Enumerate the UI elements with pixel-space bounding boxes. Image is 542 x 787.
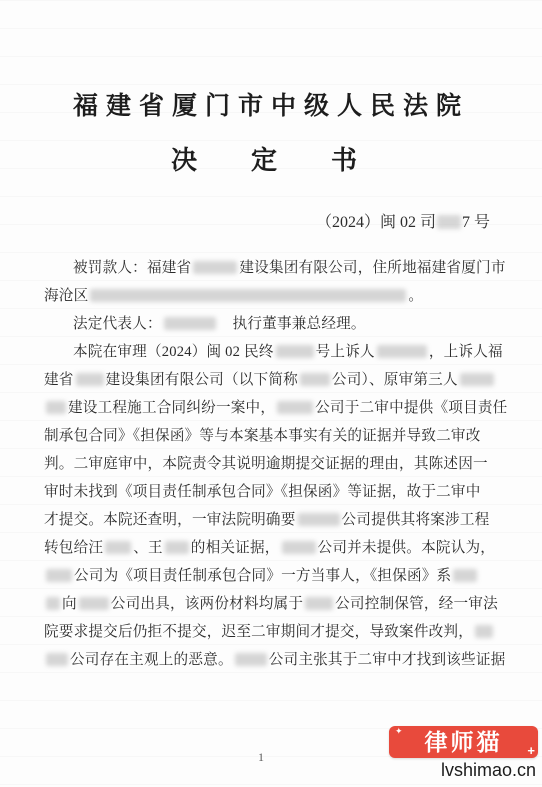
- case-number-prefix: （2024）闽 02 司: [316, 214, 436, 231]
- redaction-blur: [475, 625, 493, 638]
- body-text: 转包给汪: [44, 540, 103, 556]
- body-text: 执行董事兼总经理。: [218, 316, 366, 332]
- redaction-blur: [46, 401, 66, 414]
- body-text: 公司控制保管，经一审法: [335, 596, 498, 612]
- body-line: 制承包合同》《担保函》等与本案基本事实有关的证据并导致二审改: [44, 422, 496, 450]
- body-text: 建省: [44, 372, 74, 388]
- watermark-badge-text: 律师猫: [425, 726, 503, 758]
- body-line: 公司为《项目责任制承包合同》一方当事人，《担保函》系: [44, 562, 496, 590]
- body-text: 海沧区: [44, 288, 88, 304]
- body-line: 判。二审庭审中，本院责令其说明逾期提交证据的理由，其陈述因一: [44, 450, 496, 478]
- body-text: 公司于二审中提供《项目责任: [315, 400, 507, 416]
- redaction-blur: [235, 653, 267, 666]
- body-text: 被罚款人：福建省: [73, 260, 191, 276]
- body-text: 判。二审庭审中，本院责令其说明逾期提交证据的理由，其陈述因一: [44, 456, 488, 472]
- body-text: 本院在审理（2024）闽 02 民终: [73, 344, 274, 360]
- body-text: 审时未找到《项目责任制承包合同》《担保函》等证据，故于二审中: [44, 484, 481, 500]
- plus-icon: +: [527, 744, 535, 757]
- watermark-badge: ✦ 律师猫 +: [389, 726, 538, 758]
- sparkle-icon: ✦: [395, 728, 403, 737]
- body-text: 制承包合同》《担保函》等与本案基本事实有关的证据并导致二审改: [44, 428, 481, 444]
- body-text: 建设集团有限公司（以下简称: [106, 372, 298, 388]
- scanned-court-document-page: 福建省厦门市中级人民法院 决 定 书 （2024）闽 02 司7 号 被罚款人：…: [0, 0, 542, 787]
- document-body: 被罚款人：福建省建设集团有限公司，住所地福建省厦门市海沧区。法定代表人： 执行董…: [44, 254, 496, 674]
- body-text: ，上诉人福: [429, 344, 503, 360]
- body-line: 院要求提交后仍拒不提交，迟至二审期间才提交，导致案件改判，: [44, 618, 496, 646]
- case-number-suffix: 7 号: [462, 214, 490, 231]
- redaction-blur: [164, 317, 216, 330]
- watermark-site-url: lvshimao.cn: [389, 759, 538, 781]
- body-text: 向: [62, 596, 77, 612]
- case-number-redaction-blur: [437, 215, 461, 229]
- body-text: 的相关证据，: [191, 540, 280, 556]
- redaction-blur: [460, 373, 494, 386]
- redaction-blur: [90, 289, 406, 302]
- body-line: 审时未找到《项目责任制承包合同》《担保函》等证据，故于二审中: [44, 478, 496, 506]
- redaction-blur: [298, 513, 340, 526]
- redaction-blur: [305, 597, 333, 610]
- body-line: 被罚款人：福建省建设集团有限公司，住所地福建省厦门市: [44, 254, 496, 282]
- redaction-blur: [165, 541, 189, 554]
- body-text: 公司出具，该两份材料均属于: [111, 596, 303, 612]
- court-title: 福建省厦门市中级人民法院: [0, 90, 542, 124]
- body-text: 。: [408, 288, 423, 304]
- redaction-blur: [46, 569, 72, 582]
- redaction-blur: [277, 401, 313, 414]
- body-text: 才提交。本院还查明，一审法院明确要: [44, 512, 296, 528]
- body-line: 公司存在主观上的恶意。公司主张其于二审中才找到该些证据: [44, 646, 496, 674]
- body-line: 建设工程施工合同纠纷一案中，公司于二审中提供《项目责任: [44, 394, 496, 422]
- body-text: 公司提供其将案涉工程: [342, 512, 490, 528]
- body-line: 本院在审理（2024）闽 02 民终号上诉人，上诉人福: [44, 338, 496, 366]
- redaction-blur: [377, 345, 427, 358]
- body-text: 建设工程施工合同纠纷一案中，: [68, 400, 275, 416]
- watermark: ✦ 律师猫 + lvshimao.cn: [389, 726, 538, 781]
- redaction-blur: [193, 261, 237, 274]
- body-text: 号上诉人: [316, 344, 375, 360]
- body-line: 建省建设集团有限公司（以下简称公司）、原审第三人: [44, 366, 496, 394]
- page-number: 1: [258, 750, 264, 765]
- redaction-blur: [105, 541, 131, 554]
- redaction-blur: [46, 653, 68, 666]
- body-text: 公司为《项目责任制承包合同》一方当事人，《担保函》系: [74, 568, 451, 584]
- redaction-blur: [76, 373, 104, 386]
- body-line: 转包给汪、王的相关证据，公司并未提供。本院认为，: [44, 534, 496, 562]
- redaction-blur: [276, 345, 314, 358]
- document-title: 决 定 书: [0, 144, 542, 178]
- body-line: 向公司出具，该两份材料均属于公司控制保管，经一审法: [44, 590, 496, 618]
- body-text: 、王: [133, 540, 163, 556]
- body-line: 才提交。本院还查明，一审法院明确要公司提供其将案涉工程: [44, 506, 496, 534]
- body-text: 公司存在主观上的恶意。: [70, 652, 233, 668]
- redaction-blur: [300, 373, 330, 386]
- body-text: 法定代表人：: [73, 316, 162, 332]
- body-line: 海沧区。: [44, 282, 496, 310]
- body-text: 公司）、原审第三人: [332, 372, 458, 388]
- body-text: 公司主张其于二审中才找到该些证据: [269, 652, 506, 668]
- case-number: （2024）闽 02 司7 号: [0, 212, 542, 234]
- redaction-blur: [46, 597, 60, 610]
- redaction-blur: [453, 569, 477, 582]
- redaction-blur: [282, 541, 316, 554]
- body-line: 法定代表人： 执行董事兼总经理。: [44, 310, 496, 338]
- body-text: 院要求提交后仍拒不提交，迟至二审期间才提交，导致案件改判，: [44, 624, 473, 640]
- body-text: 公司并未提供。本院认为，: [318, 540, 496, 556]
- body-text: 建设集团有限公司，住所地福建省厦门市: [239, 260, 505, 276]
- redaction-blur: [79, 597, 109, 610]
